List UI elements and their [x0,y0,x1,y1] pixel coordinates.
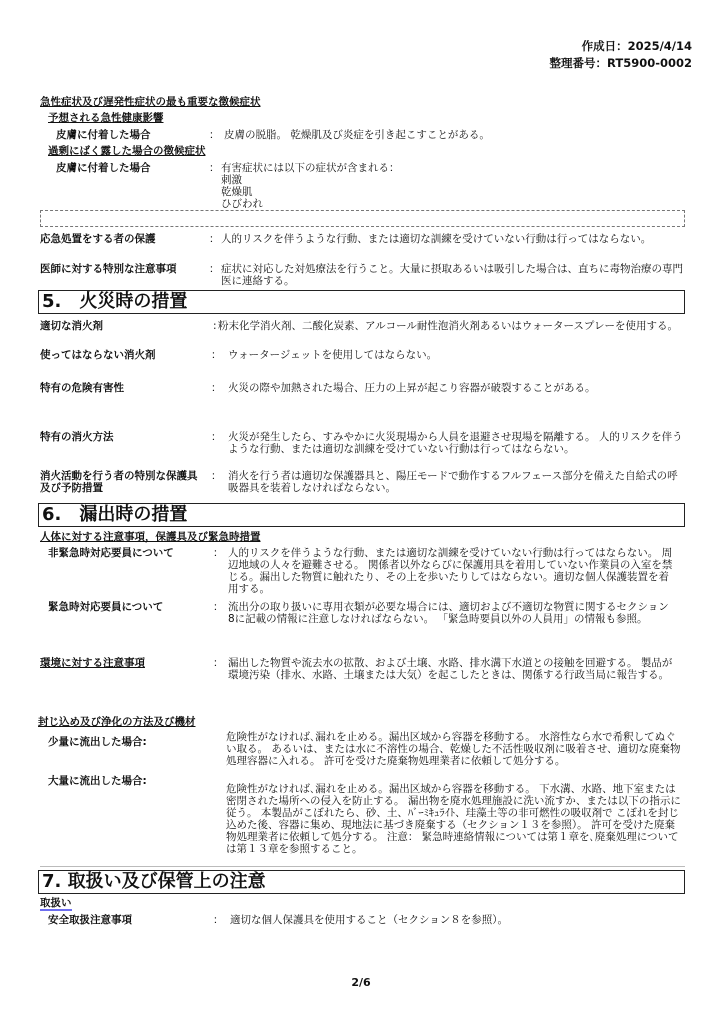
section-7-title: 7. 取扱い及び保管上の注意 [38,870,685,894]
specific-hazards-value: 火災の際や加熱された場合、圧力の上昇が起こり容器が破裂することがある。 [228,382,690,394]
page-number: 2/6 [0,977,722,989]
colon: ： [213,547,224,559]
document-number: 整理番号：RT5900-0002 [550,55,692,71]
colon: ： [211,382,222,394]
symptoms-heading: 急性症状及び遅発性症状の最も重要な徴候症状 [40,96,275,108]
suitable-extinguisher-label: 適切な消火剤 [40,320,103,332]
symptom-item: 乾燥肌 [221,186,253,198]
colon: : [213,320,217,332]
small-spill-label: 少量に流出した場合: [48,736,147,748]
handling-heading: 取扱い [40,897,72,911]
environmental-label: 環境に対する注意事項 [40,657,145,669]
overexposure-skin-intro: 有害症状には以下の症状が含まれる： [221,162,400,174]
suitable-extinguisher-value: 粉末化学消火剤、二酸化炭素、アルコール耐性泡消火剤あるいはウォータースプレーを使… [218,320,690,332]
responder-protection-label: 応急処置をする者の保護 [40,233,156,245]
section-5-title: 5. 火災時の措置 [38,290,685,314]
colon: ： [211,431,222,443]
non-emergency-value: 人的リスクを伴うような行動、または適切な訓練を受けていない行動は行ってはならない… [228,547,678,595]
personal-precautions-heading: 人体に対する注意事項，保護具及び緊急時措置 [40,531,261,543]
created-date: 作成日：2025/4/14 [582,38,692,54]
unsuitable-extinguisher-value: ウォータージェットを使用してはならない。 [228,349,690,361]
colon: ： [209,162,220,174]
emergency-label: 緊急時対応要員について [48,601,163,613]
divider [40,866,685,867]
colon: ： [209,233,220,245]
environmental-value: 漏出した物質や流去水の拡散、および土壌、水路、排水溝下水道との接触を回避する。 … [228,657,680,681]
overexposure-skin-label: 皮膚に付着した場合 [56,162,151,174]
symptom-item: 刺激 [221,174,242,186]
large-spill-label: 大量に流出した場合: [48,775,147,787]
symptom-item: ひびわれ [221,198,263,210]
colon: ： [211,470,222,482]
containment-heading: 封じ込め及び浄化の方法及び機材 [38,716,196,728]
physician-notes-value: 症状に対応した対処療法を行うこと。大量に摂取あるいは吸引した場合は、直ちに毒物治… [221,263,691,287]
acute-skin-value: 皮膚の脱脂。 乾燥肌及び炎症を引き起こすことがある。 [224,129,490,141]
safe-handling-value: 適切な個人保護具を使用すること（セクション８を参照）。 [230,914,680,926]
colon: ： [213,601,224,613]
colon: ： [209,263,220,275]
firefighter-protection-value: 消火を行う者は適切な保護器具と、陽圧モードで動作するフルフェース部分を備えた自給… [228,470,688,494]
section-6-title: 6. 漏出時の措置 [38,503,685,527]
firefighting-methods-value: 火災が発生したら、すみやかに火災現場から人員を退避させ現場を隔離する。 人的リス… [228,431,688,455]
colon: ： [213,914,224,926]
colon: ： [213,657,224,669]
specific-hazards-label: 特有の危険有害性 [40,382,124,394]
large-spill-value: 危険性がなければ､漏れを止める。漏出区域から容器を移動する。 下水溝、水路、地下… [226,783,682,855]
responder-protection-value: 人的リスクを伴うような行動、または適切な訓練を受けていない行動は行ってはならない… [221,233,691,245]
colon: ： [209,129,220,141]
firefighting-methods-label: 特有の消火方法 [40,431,114,443]
acute-effects-heading: 予想される急性健康影響 [48,112,164,124]
overexposure-heading: 過剰にばく露した場合の徴候症状 [48,145,206,157]
colon: ： [211,349,222,361]
unsuitable-extinguisher-label: 使ってはならない消火剤 [40,349,156,361]
non-emergency-label: 非緊急時対応要員について [48,547,174,559]
acute-skin-label: 皮膚に付着した場合 [56,129,151,141]
firefighter-protection-label: 消火活動を行う者の特別な保護具及び予防措置 [40,470,205,494]
physician-notes-label: 医師に対する特別な注意事項 [40,263,177,275]
safe-handling-label: 安全取扱注意事項 [48,914,132,926]
small-spill-value: 危険性がなければ､漏れを止める。漏出区域から容器を移動する。 水溶性なら水で希釈… [226,731,682,767]
emergency-value: 流出分の取り扱いに専用衣類が必要な場合には、適切および不適切な物質に関するセクシ… [228,601,678,625]
blank-dotted-field [40,210,685,227]
